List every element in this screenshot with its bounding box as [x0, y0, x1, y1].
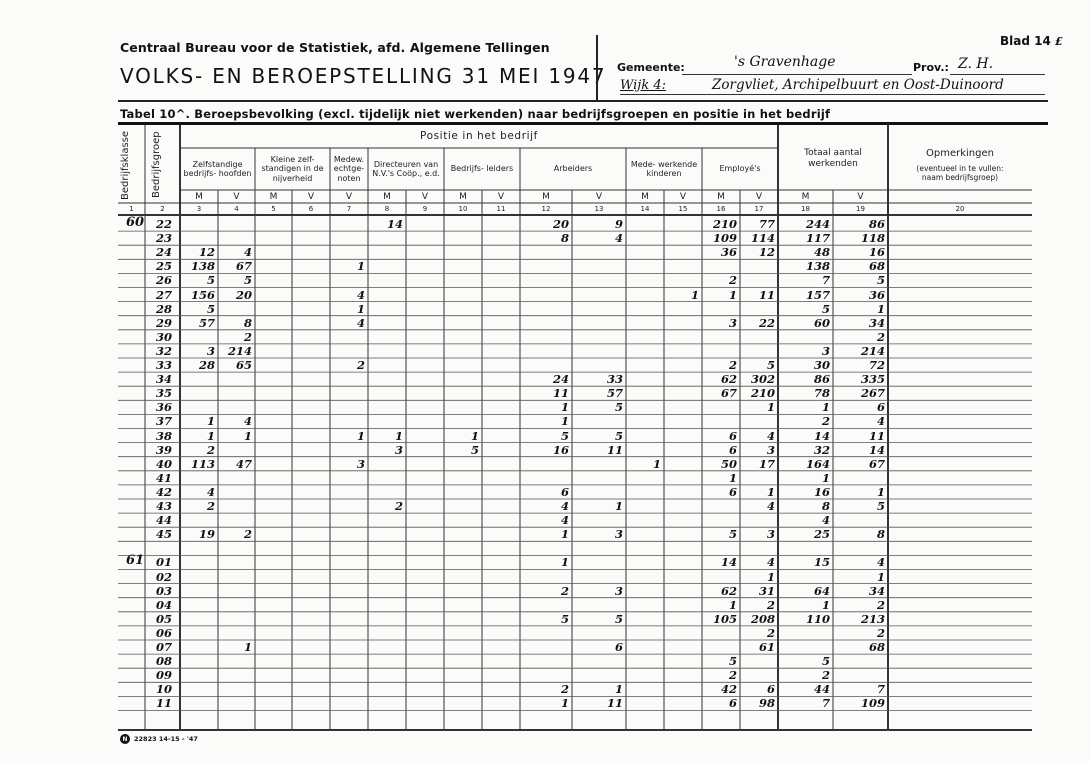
- column-number: 10: [444, 205, 482, 213]
- table-cell: 3: [330, 457, 368, 471]
- bedrijfsgroep-code: 08: [156, 654, 172, 668]
- bedrijfsgroep-code: 35: [156, 386, 172, 400]
- table-cell: 2: [702, 358, 740, 372]
- table-cell: 60: [778, 316, 833, 330]
- table-cell: 44: [778, 682, 833, 696]
- bedrijfsgroep-code: 29: [156, 316, 172, 330]
- sex-label: V: [292, 192, 330, 202]
- table-cell: 5: [702, 654, 740, 668]
- table-cell: 14: [702, 555, 740, 569]
- table-cell: 5: [702, 527, 740, 541]
- table-cell: 34: [833, 316, 888, 330]
- table-cell: 138: [778, 259, 833, 273]
- table-cell: 3: [778, 344, 833, 358]
- table-cell: 48: [778, 245, 833, 259]
- table-cell: 302: [740, 372, 778, 386]
- table-cell: 4: [833, 555, 888, 569]
- sex-label: M: [520, 192, 572, 202]
- table-cell: 6: [702, 485, 740, 499]
- column-number: 8: [368, 205, 406, 213]
- table-cell: 1: [833, 570, 888, 584]
- sex-label: V: [482, 192, 520, 202]
- table-cell: 156: [180, 288, 218, 302]
- sex-label: M: [702, 192, 740, 202]
- table-cell: 4: [833, 414, 888, 428]
- sex-label: V: [833, 192, 888, 202]
- table-cell: 214: [833, 344, 888, 358]
- bedrijfsgroep-code: 30: [156, 330, 172, 344]
- print-footer: N 22823 14-15 - '47: [120, 734, 198, 744]
- bedrijfsgroep-code: 24: [156, 245, 172, 259]
- table-cell: 36: [833, 288, 888, 302]
- column-number: 4: [218, 205, 255, 213]
- table-cell: 138: [180, 259, 218, 273]
- table-cell: 3: [572, 527, 626, 541]
- column-number: 6: [292, 205, 330, 213]
- table-cell: 67: [833, 457, 888, 471]
- table-cell: 1: [572, 499, 626, 513]
- table-cell: 22: [740, 316, 778, 330]
- column-number: 20: [888, 205, 1032, 213]
- table-cell: 110: [778, 612, 833, 626]
- col-header-kleine-zelfstandigen: Kleine zelf- standigen in de nijverheid: [255, 150, 330, 188]
- bedrijfsgroep-code: 37: [156, 414, 172, 428]
- table-cell: 16: [520, 443, 572, 457]
- sex-label: V: [330, 192, 368, 202]
- table-cell: 5: [444, 443, 482, 457]
- table-cell: 1: [572, 682, 626, 696]
- table-cell: 1: [833, 485, 888, 499]
- table-cell: 5: [833, 499, 888, 513]
- table-cell: 4: [330, 288, 368, 302]
- table-cell: 1: [778, 598, 833, 612]
- sex-label: V: [406, 192, 444, 202]
- bedrijfsklasse-code: 61: [126, 554, 144, 568]
- table-cell: 2: [778, 414, 833, 428]
- table-cell: 1: [778, 471, 833, 485]
- table-cell: 5: [740, 358, 778, 372]
- table-cell: 16: [778, 485, 833, 499]
- bedrijfsgroep-code: 11: [156, 696, 172, 710]
- table-cell: 11: [572, 696, 626, 710]
- table-cell: 2: [740, 626, 778, 640]
- table-cell: 1: [218, 429, 255, 443]
- table-cell: 8: [520, 231, 572, 245]
- table-cell: 9: [572, 217, 626, 231]
- table-cell: 86: [778, 372, 833, 386]
- table-cell: 1: [626, 457, 664, 471]
- table-cell: 2: [180, 499, 218, 513]
- table-cell: 57: [180, 316, 218, 330]
- table-cell: 34: [833, 584, 888, 598]
- bedrijfsgroep-code: 23: [156, 231, 172, 245]
- table-cell: 2: [702, 273, 740, 287]
- table-cell: 61: [740, 640, 778, 654]
- table-cell: 2: [520, 682, 572, 696]
- sex-label: V: [664, 192, 702, 202]
- table-cell: 57: [572, 386, 626, 400]
- bedrijfsgroep-code: 02: [156, 570, 172, 584]
- bedrijfsgroep-code: 45: [156, 527, 172, 541]
- table-cell: 5: [833, 273, 888, 287]
- table-cell: 47: [218, 457, 255, 471]
- table-cell: 1: [520, 527, 572, 541]
- col-header-opmerkingen: Opmerkingen: [888, 146, 1032, 162]
- table-cell: 1: [330, 302, 368, 316]
- table-cell: 4: [330, 316, 368, 330]
- table-cell: 3: [572, 584, 626, 598]
- column-number: 3: [180, 205, 218, 213]
- table-cell: 4: [218, 414, 255, 428]
- table-cell: 2: [778, 668, 833, 682]
- table-cell: 6: [833, 400, 888, 414]
- table-cell: 267: [833, 386, 888, 400]
- table-cell: 3: [702, 316, 740, 330]
- bedrijfsgroep-code: 03: [156, 584, 172, 598]
- table-cell: 65: [218, 358, 255, 372]
- table-cell: 114: [740, 231, 778, 245]
- table-cell: 118: [833, 231, 888, 245]
- table-cell: 62: [702, 372, 740, 386]
- table-cell: 12: [180, 245, 218, 259]
- bedrijfsgroep-code: 32: [156, 344, 172, 358]
- table-cell: 64: [778, 584, 833, 598]
- table-cell: 8: [833, 527, 888, 541]
- sex-label: M: [255, 192, 292, 202]
- table-cell: 5: [572, 400, 626, 414]
- bedrijfsgroep-code: 44: [156, 513, 172, 527]
- table-cell: 11: [520, 386, 572, 400]
- col-header-medewerkende-echtgenoten: Medew. echtge- noten: [330, 150, 368, 188]
- table-cell: 1: [702, 288, 740, 302]
- column-number: 18: [778, 205, 833, 213]
- sex-label: V: [218, 192, 255, 202]
- sex-label: V: [572, 192, 626, 202]
- table-cell: 98: [740, 696, 778, 710]
- table-cell: 31: [740, 584, 778, 598]
- table-cell: 2: [180, 443, 218, 457]
- table-cell: 11: [572, 443, 626, 457]
- column-number: 19: [833, 205, 888, 213]
- table-cell: 1: [444, 429, 482, 443]
- table-cell: 20: [218, 288, 255, 302]
- print-code: 22823 14-15 - '47: [134, 735, 198, 743]
- table-cell: 4: [572, 231, 626, 245]
- column-number: 5: [255, 205, 292, 213]
- table-cell: 1: [740, 485, 778, 499]
- col-header-totaal: Totaal aantal werkenden: [786, 130, 880, 188]
- table-cell: 113: [180, 457, 218, 471]
- table-cell: 2: [368, 499, 406, 513]
- census-form-sheet: Centraal Bureau voor de Statistiek, afd.…: [0, 0, 1090, 763]
- table-cell: 11: [740, 288, 778, 302]
- table-cell: 213: [833, 612, 888, 626]
- table-cell: 4: [520, 513, 572, 527]
- table-cell: 6: [702, 443, 740, 457]
- bedrijfsgroep-code: 10: [156, 682, 172, 696]
- table-cell: 5: [180, 302, 218, 316]
- table-cell: 5: [180, 273, 218, 287]
- table-cell: 19: [180, 527, 218, 541]
- table-cell: 5: [778, 302, 833, 316]
- table-cell: 5: [520, 429, 572, 443]
- bedrijfsgroep-code: 06: [156, 626, 172, 640]
- table-cell: 25: [778, 527, 833, 541]
- table-cell: 1: [778, 400, 833, 414]
- bedrijfsgroep-code: 04: [156, 598, 172, 612]
- bedrijfsgroep-code: 25: [156, 259, 172, 273]
- col-header-zelfstandige: Zelfstandige bedrijfs- hoofden: [180, 150, 255, 188]
- table-cell: 335: [833, 372, 888, 386]
- bedrijfsgroep-code: 26: [156, 273, 172, 287]
- table-cell: 210: [740, 386, 778, 400]
- table-cell: 1: [180, 429, 218, 443]
- bedrijfsgroep-code: 42: [156, 485, 172, 499]
- table-cell: 6: [702, 429, 740, 443]
- table-cell: 8: [778, 499, 833, 513]
- col-header-bedrijfsgroep: Bedrijfsgroep: [151, 130, 173, 200]
- table-cell: 1: [702, 471, 740, 485]
- table-cell: 32: [778, 443, 833, 457]
- column-number: 13: [572, 205, 626, 213]
- table-cell: 210: [702, 217, 740, 231]
- table-cell: 77: [740, 217, 778, 231]
- table-cell: 36: [702, 245, 740, 259]
- table-cell: 3: [180, 344, 218, 358]
- table-cell: 2: [218, 330, 255, 344]
- table-cell: 1: [180, 414, 218, 428]
- table-cell: 1: [218, 640, 255, 654]
- table-cell: 2: [702, 668, 740, 682]
- table-cell: 67: [702, 386, 740, 400]
- table-cell: 6: [702, 696, 740, 710]
- sex-label: M: [180, 192, 218, 202]
- sex-label: M: [444, 192, 482, 202]
- bedrijfsgroep-code: 43: [156, 499, 172, 513]
- table-cell: 50: [702, 457, 740, 471]
- column-number: 16: [702, 205, 740, 213]
- table-cell: 2: [833, 626, 888, 640]
- col-header-medewerkende-kinderen: Mede- werkende kinderen: [626, 150, 702, 188]
- bedrijfsgroep-code: 28: [156, 302, 172, 316]
- table-cell: 62: [702, 584, 740, 598]
- table-cell: 3: [740, 443, 778, 457]
- bedrijfsgroep-code: 33: [156, 358, 172, 372]
- table-cell: 2: [218, 527, 255, 541]
- table-cell: 164: [778, 457, 833, 471]
- table-cell: 30: [778, 358, 833, 372]
- table-cell: 1: [330, 259, 368, 273]
- table-cell: 7: [833, 682, 888, 696]
- bedrijfsgroep-code: 40: [156, 457, 172, 471]
- table-cell: 17: [740, 457, 778, 471]
- table-cell: 2: [520, 584, 572, 598]
- table-cell: 33: [572, 372, 626, 386]
- table-cell: 4: [740, 429, 778, 443]
- table-cell: 117: [778, 231, 833, 245]
- bedrijfsgroep-code: 09: [156, 668, 172, 682]
- bedrijfsgroep-code: 36: [156, 400, 172, 414]
- bedrijfsgroep-code: 41: [156, 471, 172, 485]
- table-cell: 7: [778, 273, 833, 287]
- bedrijfsgroep-code: 39: [156, 443, 172, 457]
- col-header-directeuren: Directeuren van N.V.'s Coöp., e.d.: [368, 150, 444, 188]
- table-cell: 4: [740, 555, 778, 569]
- table-cell: 1: [740, 400, 778, 414]
- table-cell: 11: [833, 429, 888, 443]
- table-cell: 8: [218, 316, 255, 330]
- column-number: 15: [664, 205, 702, 213]
- column-number: 7: [330, 205, 368, 213]
- table-cell: 109: [833, 696, 888, 710]
- column-number: 17: [740, 205, 778, 213]
- table-cell: 5: [218, 273, 255, 287]
- col-header-employes: Employé's: [702, 150, 778, 188]
- table-cell: 1: [368, 429, 406, 443]
- table-cell: 157: [778, 288, 833, 302]
- printer-logo-icon: N: [120, 734, 130, 744]
- bedrijfsgroep-code: 34: [156, 372, 172, 386]
- col-header-bedrijfsklasse: Bedrijfsklasse: [120, 130, 142, 200]
- table-cell: 3: [740, 527, 778, 541]
- bedrijfsklasse-code: 60: [126, 216, 144, 230]
- column-number: 9: [406, 205, 444, 213]
- col-header-opmerkingen-sub: (eventueel in te vullen: naam bedrijfsgr…: [905, 162, 1015, 184]
- table-cell: 1: [520, 400, 572, 414]
- table-cell: 67: [218, 259, 255, 273]
- sex-label: V: [740, 192, 778, 202]
- table-cell: 6: [520, 485, 572, 499]
- table-cell: 78: [778, 386, 833, 400]
- table-cell: 5: [572, 612, 626, 626]
- table-cell: 1: [520, 696, 572, 710]
- col-header-bedrijfsleiders: Bedrijfs- leiders: [444, 150, 520, 188]
- column-number: 11: [482, 205, 520, 213]
- bedrijfsgroep-code: 27: [156, 288, 172, 302]
- sex-label: M: [368, 192, 406, 202]
- bedrijfsgroep-code: 22: [156, 217, 172, 231]
- table-cell: 208: [740, 612, 778, 626]
- sex-label: M: [778, 192, 833, 202]
- table-cell: 1: [664, 288, 702, 302]
- table-cell: 105: [702, 612, 740, 626]
- table-cell: 15: [778, 555, 833, 569]
- table-cell: 14: [833, 443, 888, 457]
- table-cell: 4: [218, 245, 255, 259]
- table-cell: 12: [740, 245, 778, 259]
- table-cell: 14: [368, 217, 406, 231]
- column-number: 12: [520, 205, 572, 213]
- table-cell: 4: [740, 499, 778, 513]
- column-number: 1: [118, 205, 145, 213]
- bedrijfsgroep-code: 07: [156, 640, 172, 654]
- table-cell: 68: [833, 259, 888, 273]
- table-cell: 72: [833, 358, 888, 372]
- table-cell: 4: [520, 499, 572, 513]
- table-cell: 42: [702, 682, 740, 696]
- bedrijfsgroep-code: 01: [156, 555, 172, 569]
- table-cell: 109: [702, 231, 740, 245]
- table-cell: 5: [572, 429, 626, 443]
- column-number: 14: [626, 205, 664, 213]
- table-cell: 214: [218, 344, 255, 358]
- table-cell: 28: [180, 358, 218, 372]
- table-cell: 2: [833, 598, 888, 612]
- table-cell: 1: [833, 302, 888, 316]
- table-cell: 24: [520, 372, 572, 386]
- table-cell: 244: [778, 217, 833, 231]
- table-cell: 14: [778, 429, 833, 443]
- column-number: 2: [145, 205, 180, 213]
- table-cell: 1: [740, 570, 778, 584]
- bedrijfsgroep-code: 38: [156, 429, 172, 443]
- table-cell: 2: [740, 598, 778, 612]
- bedrijfsgroep-code: 05: [156, 612, 172, 626]
- table-cell: 68: [833, 640, 888, 654]
- table-cell: 1: [520, 414, 572, 428]
- table-cell: 6: [572, 640, 626, 654]
- table-cell: 1: [702, 598, 740, 612]
- table-cell: 7: [778, 696, 833, 710]
- table-cell: 1: [330, 429, 368, 443]
- col-header-arbeiders: Arbeiders: [520, 150, 626, 188]
- col-header-positie: Positie in het bedrijf: [180, 127, 778, 147]
- table-cell: 1: [520, 555, 572, 569]
- table-cell: 16: [833, 245, 888, 259]
- table-cell: 20: [520, 217, 572, 231]
- table-cell: 2: [330, 358, 368, 372]
- table-cell: 5: [520, 612, 572, 626]
- table-cell: 4: [180, 485, 218, 499]
- table-cell: 86: [833, 217, 888, 231]
- sex-label: M: [626, 192, 664, 202]
- table-cell: 2: [833, 330, 888, 344]
- table-cell: 4: [778, 513, 833, 527]
- table-cell: 5: [778, 654, 833, 668]
- table-cell: 6: [740, 682, 778, 696]
- table-cell: 3: [368, 443, 406, 457]
